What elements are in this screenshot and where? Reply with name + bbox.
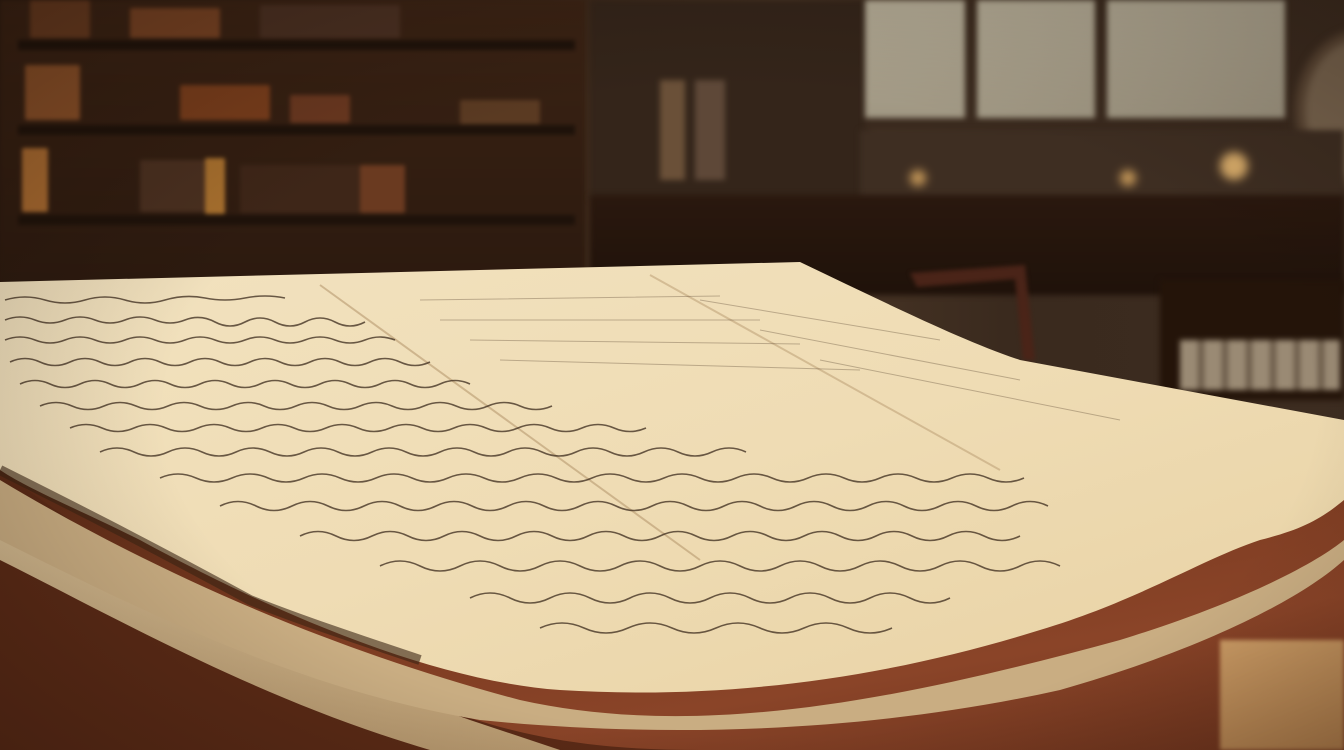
manuscript-stack bbox=[0, 0, 1344, 750]
library-scene bbox=[0, 0, 1344, 750]
